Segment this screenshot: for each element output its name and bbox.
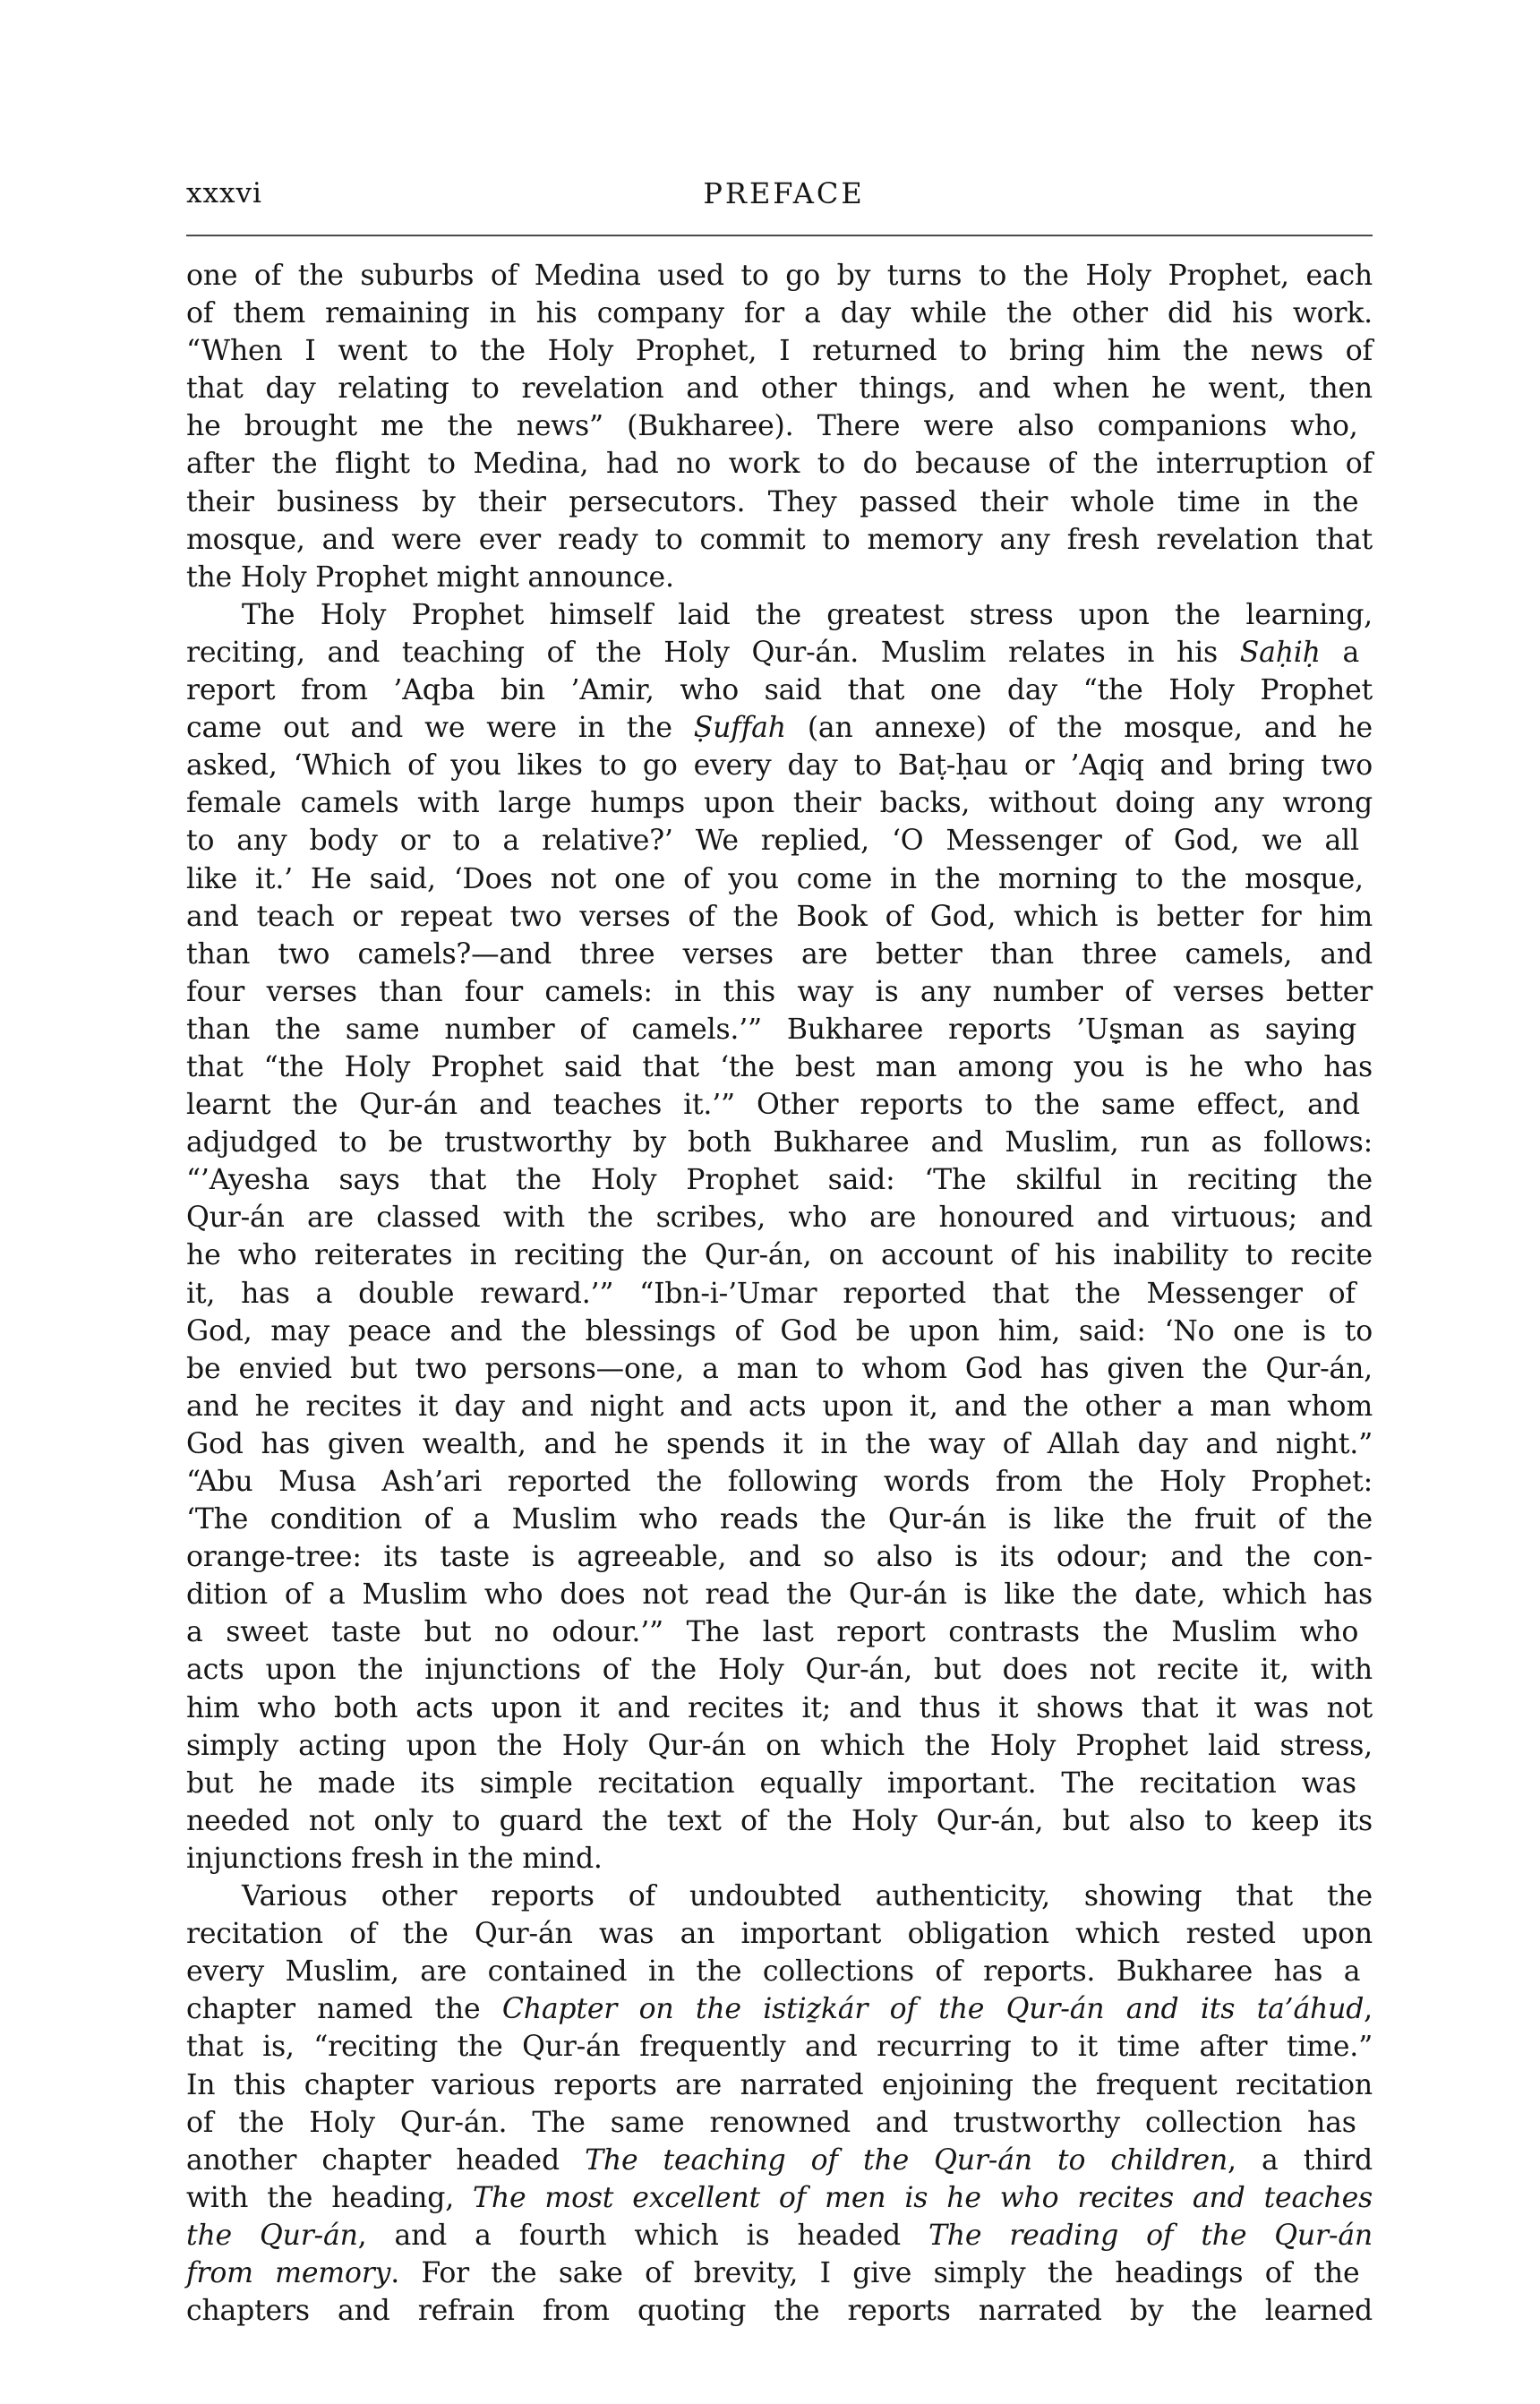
- paragraph: The Holy Prophet himself laid the greate…: [186, 596, 1373, 1878]
- text-span: he who reiterates in reciting the Qur-án…: [186, 1239, 1373, 1271]
- text-line: came out and we were in the Ṣuffah (an a…: [186, 709, 1373, 747]
- text-line: and he recites it day and night and acts…: [186, 1388, 1373, 1425]
- italic-title: The most excellent of men is he who reci…: [473, 2182, 1373, 2214]
- text-span: In this chapter various reports are narr…: [186, 2069, 1373, 2101]
- paragraph: one of the suburbs of Medina used to go …: [186, 257, 1373, 596]
- text-span: Qur-án are classed with the scribes, who…: [186, 1202, 1373, 1234]
- document-page: xxxvi PREFACE one of the suburbs of Medi…: [0, 0, 1540, 2404]
- text-span: mosque, and were ever ready to commit to…: [186, 524, 1373, 556]
- text-span: of the Holy Qur-án. The same renowned an…: [186, 2107, 1356, 2139]
- text-span: The Holy Prophet himself laid the greate…: [242, 599, 1373, 631]
- text-span: that day relating to revelation and othe…: [186, 372, 1373, 405]
- text-span: injunctions fresh in the mind.: [186, 1843, 603, 1875]
- text-line: like it.’ He said, ‘Does not one of you …: [186, 860, 1373, 898]
- text-line: that day relating to revelation and othe…: [186, 370, 1373, 407]
- text-line: recitation of the Qur-án was an importan…: [186, 1915, 1373, 1953]
- text-span: God has given wealth, and he spends it i…: [186, 1428, 1373, 1460]
- italic-title: Saḥiḥ: [1240, 637, 1321, 669]
- text-span: after the flight to Medina, had no work …: [186, 448, 1373, 480]
- running-head: xxxvi PREFACE: [186, 175, 1373, 211]
- text-span: but he made its simple recitation equall…: [186, 1767, 1356, 1800]
- text-span: every Muslim, are contained in the colle…: [186, 1955, 1360, 1988]
- text-line: dition of a Muslim who does not read the…: [186, 1576, 1373, 1613]
- text-span: chapter named the: [186, 1993, 502, 2025]
- text-line: he who reiterates in reciting the Qur-án…: [186, 1236, 1373, 1274]
- text-span: than two camels?—and three verses are be…: [186, 938, 1373, 971]
- text-span: “When I went to the Holy Prophet, I retu…: [186, 335, 1373, 367]
- text-line: Various other reports of undoubted authe…: [186, 1878, 1373, 1915]
- text-line: of the Holy Qur-án. The same renowned an…: [186, 2104, 1373, 2142]
- text-span: he brought me the news” (Bukharee). Ther…: [186, 410, 1358, 442]
- text-span: needed not only to guard the text of the…: [186, 1805, 1373, 1837]
- text-line: mosque, and were ever ready to commit to…: [186, 521, 1373, 559]
- text-line: chapter named the Chapter on the istiẕk…: [186, 1990, 1373, 2028]
- text-line: learnt the Qur-án and teaches it.’” Othe…: [186, 1086, 1373, 1124]
- text-line: that “the Holy Prophet said that ‘the be…: [186, 1048, 1373, 1086]
- text-span: than the same number of camels.’” Bukhar…: [186, 1014, 1356, 1046]
- text-line: with the heading, The most excellent of …: [186, 2179, 1373, 2217]
- text-span: one of the suburbs of Medina used to go …: [186, 260, 1373, 292]
- text-line: the Holy Prophet might announce.: [186, 559, 1373, 596]
- italic-title: from memory: [186, 2257, 390, 2289]
- text-line: reciting, and teaching of the Holy Qur-á…: [186, 634, 1373, 672]
- page-title: PREFACE: [186, 175, 1373, 211]
- text-span: reciting, and teaching of the Holy Qur-á…: [186, 637, 1240, 669]
- text-span: orange-tree: its taste is agreeable, and…: [186, 1541, 1373, 1573]
- text-span: that is, “reciting the Qur-án frequently…: [186, 2031, 1373, 2063]
- text-span: female camels with large humps upon thei…: [186, 787, 1373, 819]
- text-span: a sweet taste but no odour.’” The last r…: [186, 1616, 1358, 1648]
- text-span: adjudged to be trustworthy by both Bukha…: [186, 1126, 1373, 1159]
- text-span: learnt the Qur-án and teaches it.’” Othe…: [186, 1089, 1360, 1121]
- text-line: it, has a double reward.’” “Ibn-i-’Umar …: [186, 1275, 1373, 1313]
- text-span: chapters and refrain from quoting the re…: [186, 2295, 1373, 2327]
- text-span: came out and we were in the: [186, 712, 694, 744]
- text-span: of them remaining in his company for a d…: [186, 297, 1373, 329]
- text-line: be envied but two persons—one, a man to …: [186, 1350, 1373, 1388]
- body-text: one of the suburbs of Medina used to go …: [186, 257, 1373, 2330]
- text-line: than two camels?—and three verses are be…: [186, 936, 1373, 973]
- text-line: simply acting upon the Holy Qur-án on wh…: [186, 1727, 1373, 1765]
- header-rule: [186, 235, 1373, 236]
- text-span: “Abu Musa Ash’ari reported the following…: [186, 1466, 1373, 1498]
- text-span: be envied but two persons—one, a man to …: [186, 1353, 1373, 1385]
- text-line: needed not only to guard the text of the…: [186, 1802, 1373, 1840]
- text-line: he brought me the news” (Bukharee). Ther…: [186, 407, 1373, 445]
- text-span: ,: [1364, 1993, 1373, 2025]
- text-span: with the heading,: [186, 2182, 473, 2214]
- text-span: him who both acts upon it and recites it…: [186, 1692, 1373, 1724]
- text-line: and teach or repeat two verses of the Bo…: [186, 898, 1373, 936]
- text-line: acts upon the injunctions of the Holy Qu…: [186, 1651, 1373, 1689]
- text-line: asked, ‘Which of you likes to go every d…: [186, 747, 1373, 784]
- italic-title: Chapter on the istiẕkár of the Qur-án a…: [502, 1993, 1364, 2025]
- text-span: . For the sake of brevity, I give simply…: [390, 2257, 1359, 2289]
- text-line: to any body or to a relative?’ We replie…: [186, 822, 1373, 860]
- text-span: God, may peace and the blessings of God …: [186, 1315, 1373, 1347]
- text-span: like it.’ He said, ‘Does not one of you …: [186, 863, 1364, 895]
- italic-title: the Qur-án: [186, 2220, 358, 2252]
- text-span: the Holy Prophet might announce.: [186, 561, 674, 594]
- text-line: every Muslim, are contained in the colle…: [186, 1953, 1373, 1990]
- text-line: that is, “reciting the Qur-án frequently…: [186, 2028, 1373, 2066]
- text-line: their business by their persecutors. The…: [186, 483, 1373, 521]
- text-line: Qur-án are classed with the scribes, who…: [186, 1199, 1373, 1236]
- text-span: four verses than four camels: in this wa…: [186, 976, 1373, 1008]
- text-line: him who both acts upon it and recites it…: [186, 1690, 1373, 1727]
- text-span: ‘The condition of a Muslim who reads the…: [186, 1503, 1373, 1536]
- text-span: recitation of the Qur-án was an importan…: [186, 1918, 1373, 1950]
- text-line: from memory. For the sake of brevity, I …: [186, 2254, 1373, 2292]
- text-span: simply acting upon the Holy Qur-án on wh…: [186, 1730, 1373, 1762]
- text-line: God, may peace and the blessings of God …: [186, 1313, 1373, 1350]
- text-span: and teach or repeat two verses of the Bo…: [186, 901, 1373, 933]
- text-line: a sweet taste but no odour.’” The last r…: [186, 1613, 1373, 1651]
- text-line: adjudged to be trustworthy by both Bukha…: [186, 1124, 1373, 1161]
- text-span: their business by their persecutors. The…: [186, 486, 1358, 518]
- text-line: four verses than four camels: in this wa…: [186, 973, 1373, 1011]
- text-line: after the flight to Medina, had no work …: [186, 445, 1373, 483]
- text-span: another chapter headed: [186, 2144, 585, 2177]
- text-line: In this chapter various reports are narr…: [186, 2066, 1373, 2104]
- text-span: to any body or to a relative?’ We replie…: [186, 825, 1359, 857]
- text-line: The Holy Prophet himself laid the greate…: [186, 596, 1373, 634]
- text-span: report from ’Aqba bin ’Amir, who said th…: [186, 674, 1373, 706]
- text-span: (an annexe) of the mosque, and he: [786, 712, 1373, 744]
- text-span: asked, ‘Which of you likes to go every d…: [186, 749, 1373, 782]
- text-span: Various other reports of undoubted authe…: [242, 1880, 1373, 1912]
- text-span: that “the Holy Prophet said that ‘the be…: [186, 1051, 1373, 1083]
- text-span: a: [1321, 637, 1359, 669]
- text-span: acts upon the injunctions of the Holy Qu…: [186, 1654, 1373, 1686]
- paragraph: Various other reports of undoubted authe…: [186, 1878, 1373, 2330]
- text-line: of them remaining in his company for a d…: [186, 295, 1373, 332]
- text-line: injunctions fresh in the mind.: [186, 1840, 1373, 1878]
- text-span: and he recites it day and night and acts…: [186, 1390, 1373, 1423]
- italic-title: The reading of the Qur-án: [928, 2220, 1373, 2252]
- text-line: the Qur-án, and a fourth which is headed…: [186, 2217, 1373, 2254]
- text-line: ‘The condition of a Muslim who reads the…: [186, 1501, 1373, 1538]
- text-line: God has given wealth, and he spends it i…: [186, 1425, 1373, 1463]
- text-span: , a third: [1228, 2144, 1373, 2177]
- text-line: report from ’Aqba bin ’Amir, who said th…: [186, 672, 1373, 709]
- text-line: “’Ayesha says that the Holy Prophet said…: [186, 1161, 1373, 1199]
- text-span: , and a fourth which is headed: [358, 2220, 928, 2252]
- italic-title: The teaching of the Qur-án to children: [585, 2144, 1228, 2177]
- text-line: but he made its simple recitation equall…: [186, 1765, 1373, 1802]
- text-span: dition of a Muslim who does not read the…: [186, 1578, 1373, 1611]
- text-span: it, has a double reward.’” “Ibn-i-’Umar …: [186, 1278, 1356, 1310]
- text-line: than the same number of camels.’” Bukhar…: [186, 1011, 1373, 1048]
- text-line: orange-tree: its taste is agreeable, and…: [186, 1538, 1373, 1576]
- italic-title: Ṣuffah: [694, 712, 786, 744]
- text-line: chapters and refrain from quoting the re…: [186, 2292, 1373, 2330]
- text-line: one of the suburbs of Medina used to go …: [186, 257, 1373, 295]
- text-line: “Abu Musa Ash’ari reported the following…: [186, 1463, 1373, 1501]
- text-line: female camels with large humps upon thei…: [186, 784, 1373, 822]
- text-line: another chapter headed The teaching of t…: [186, 2142, 1373, 2179]
- text-line: “When I went to the Holy Prophet, I retu…: [186, 332, 1373, 370]
- text-span: “’Ayesha says that the Holy Prophet said…: [186, 1164, 1373, 1196]
